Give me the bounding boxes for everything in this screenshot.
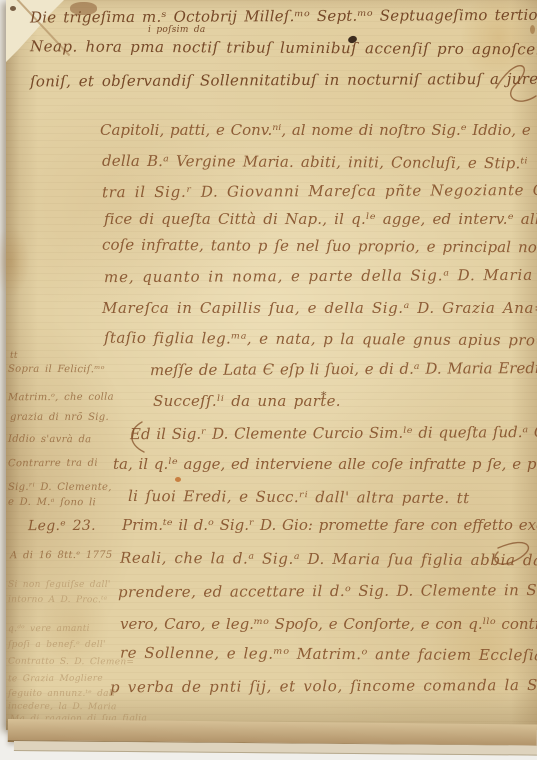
margin-note: Iddio s'avrà da	[8, 434, 92, 446]
margin-note: ſeguito annunz.ᵗᵉ dall'	[8, 690, 118, 700]
body-line: Capitoli, patti, e Conv.ⁿⁱ, al nome di n…	[100, 122, 531, 139]
body-line: ſtaſio figlia leg.ᵐᵃ, e nata, p la quale…	[104, 330, 537, 349]
body-line: fice di queſta Città di Nap., il q.ˡᵉ ag…	[104, 211, 537, 228]
scanned-manuscript-page: Die trigeſima m.ˢ Octobrij Milleſ.ᵐᵒ Sep…	[0, 0, 537, 760]
margin-note: tt	[10, 352, 18, 362]
margin-note: incedere, la D. Maria	[8, 703, 117, 714]
body-line: p verba de pnti ſij, et volo, ſincome co…	[110, 677, 537, 696]
body-line: Mareſca in Capillis ſua, e della Sig.ᵃ D…	[102, 300, 537, 317]
body-line: coſe infratte, tanto p ſe nel ſuo propri…	[102, 237, 537, 256]
body-line: meſſe de Lata Є eſp li ſuoi, e di d.ᵃ D.…	[150, 360, 537, 379]
margin-note: Contrarre tra di	[8, 458, 98, 469]
body-line: vero, Caro, e leg.ᵐᵒ Spoſo, e Conſorte, …	[120, 616, 537, 633]
body-line: li ſuoi Eredi, e Succ.ʳⁱ dall' altra par…	[128, 488, 470, 507]
margin-note: e D. M.ᵃ ſono li	[8, 497, 96, 509]
body-line: Succeſſ.ˡⁱ da una parte.	[153, 393, 341, 410]
body-line: Prim.ᵗᵉ il d.ᵒ Sig.ʳ D. Gio: promette fa…	[122, 517, 537, 534]
manuscript-text-layer: Die trigeſima m.ˢ Octobrij Milleſ.ᵐᵒ Sep…	[0, 0, 537, 760]
margin-note: ſpoſi a benef.ᵒ dell'	[8, 641, 106, 651]
asterisk-mark: ∗	[320, 388, 328, 400]
margin-note: A di 16 8tt.ᵉ 1775	[10, 550, 113, 562]
body-line: ta, il q.ˡᵉ agge, ed interviene alle coſ…	[113, 456, 536, 473]
header-line: ſoniſ, et obſervandiſ Sollennitatibuſ in…	[30, 71, 537, 90]
body-line: re Sollenne, e leg.ᵐᵒ Matrim.ᵒ ante faci…	[120, 645, 537, 664]
body-line: tra il Sig.ʳ D. Giovanni Mareſca pñte Ne…	[102, 182, 537, 201]
body-line: prendere, ed accettare il d.ᵒ Sig. D. Cl…	[118, 582, 537, 601]
margin-note: q.ᵈᵒ vere amanti	[8, 625, 90, 635]
margin-note: Sig.ʳⁱ D. Clemente,	[8, 482, 112, 493]
leg-number-label: Leg.ᵉ 23.	[28, 519, 96, 535]
body-line: Ed il Sig.ʳ D. Clemente Curcio Sim.ˡᵉ di…	[130, 424, 537, 443]
header-line: Die trigeſima m.ˢ Octobrij Milleſ.ᵐᵒ Sep…	[30, 7, 537, 26]
margin-note: Si non ſeguiſse dall'	[8, 581, 111, 591]
margin-note: Sopra il Feliciſ.ᵐᵒ	[8, 364, 105, 376]
margin-note: Matrim.ᵒ, che colla	[8, 392, 114, 404]
margin-note: grazia di nrõ Sig.	[10, 412, 109, 423]
margin-note: te Grazia Mogliere	[8, 675, 103, 685]
header-line: Neap. hora pma noctiſ tribuſ luminibuſ a…	[30, 38, 537, 58]
body-line: me, quanto in noma, e parte della Sig.ᵃ …	[104, 267, 533, 286]
margin-note: intorno A D. Proc.ᵗᵃ	[8, 596, 107, 606]
interlinear-insertion: i poſsim da	[148, 26, 206, 36]
body-line: della B.ᵃ Vergine Maria. abiti, initi, C…	[102, 153, 528, 172]
body-line: Reali, che la d.ᵃ Sig.ᵃ D. Maria ſua fig…	[120, 550, 537, 569]
margin-note: Contratto S. D. Clemen=	[8, 658, 134, 669]
